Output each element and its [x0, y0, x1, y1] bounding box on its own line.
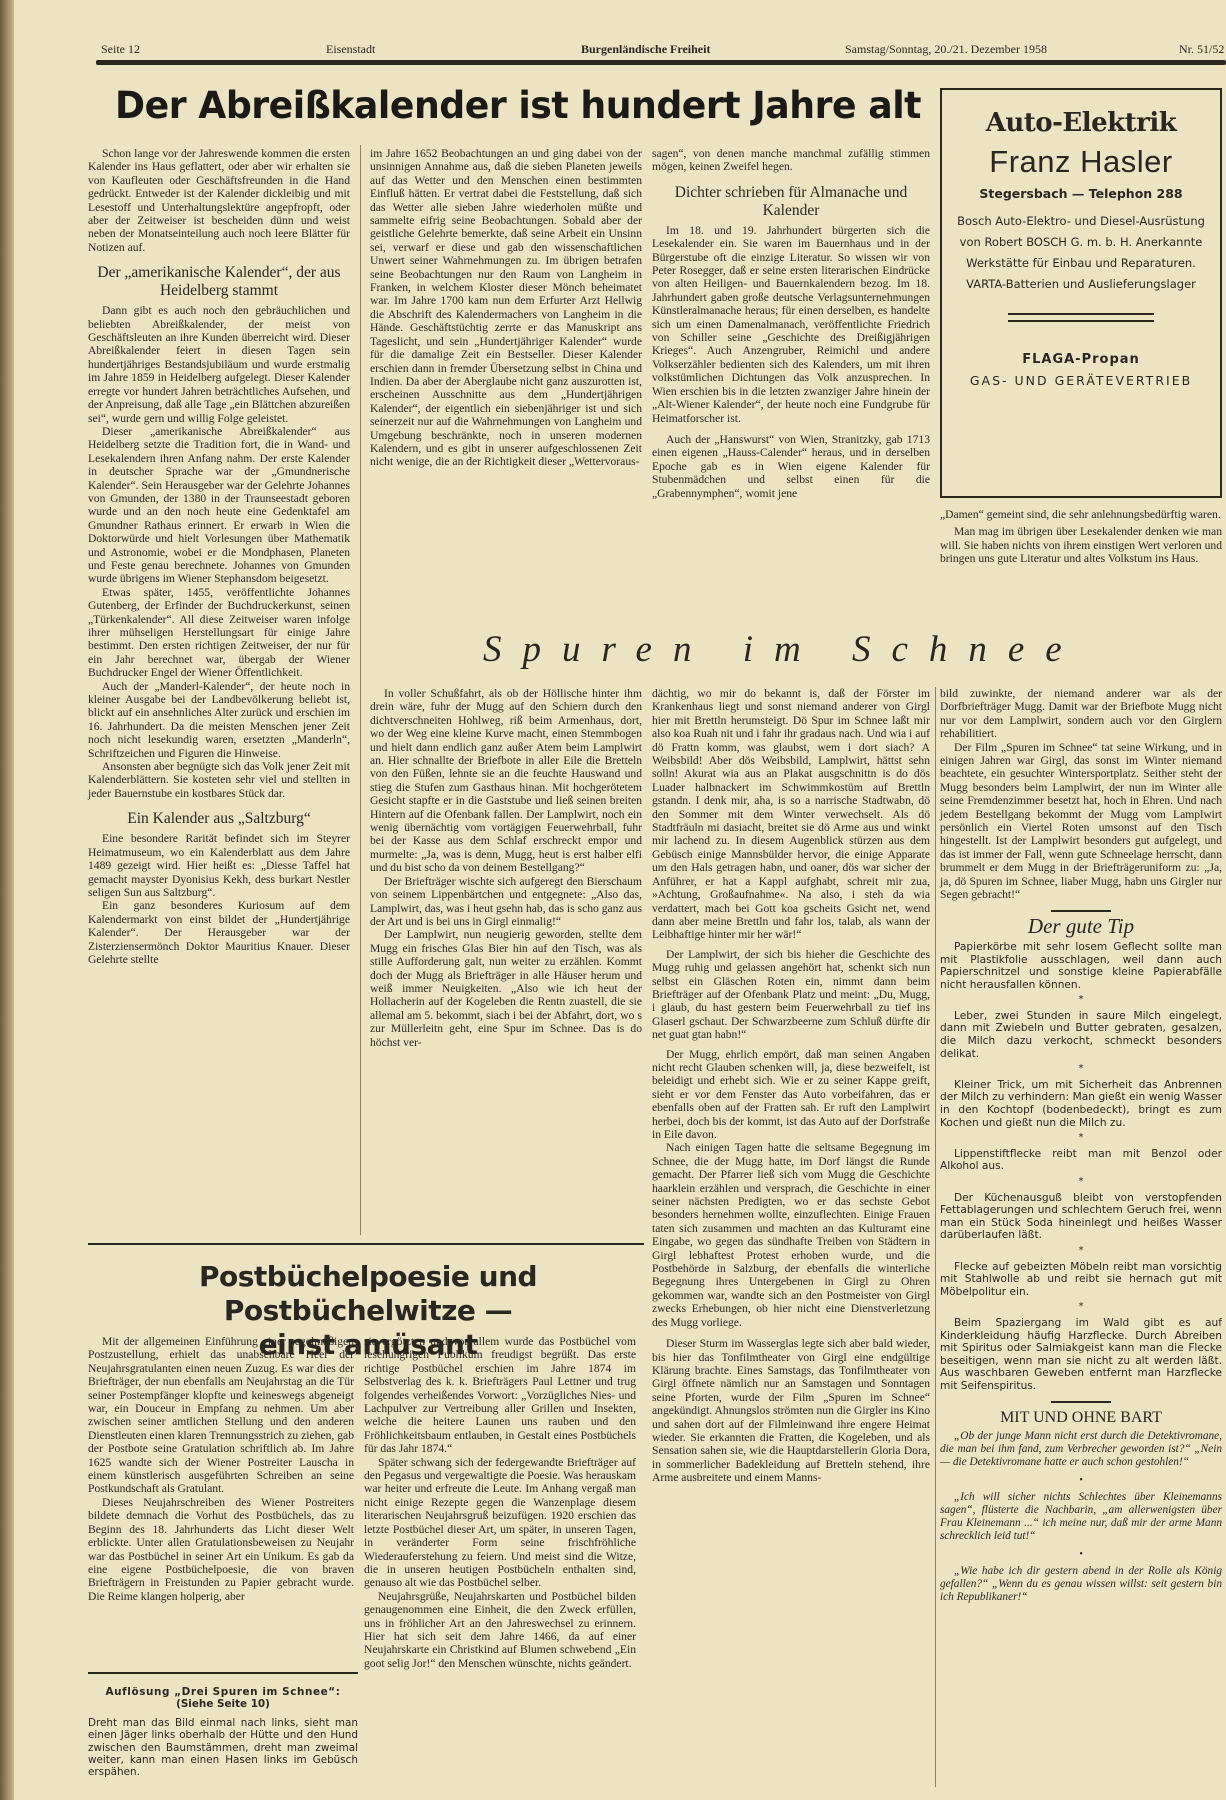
paragraph: Mit der allgemeinen Einführung einer reg…	[88, 1335, 354, 1496]
issue-date: Samstag/Sonntag, 20./21. Dezember 1958	[845, 42, 1047, 57]
joke-item: „Wie habe ich dir gestern abend in der R…	[940, 1565, 1222, 1605]
column-divider	[935, 687, 936, 1787]
paragraph: Eine besondere Rarität befindet sich im …	[88, 832, 350, 899]
ad-product: FLAGA-Propan	[942, 352, 1220, 367]
paragraph: Auch der „Hanswurst“ von Wien, Stranitzk…	[652, 433, 930, 500]
paragraph: Der Briefträger wischte sich aufgeregt d…	[370, 875, 642, 929]
separator-asterisk: *	[940, 994, 1222, 1007]
paragraph: dächtig, wo mir do bekannt is, daß der F…	[652, 687, 930, 942]
ad-description: Bosch Auto-Elektro- und Diesel-Ausrüstun…	[942, 211, 1220, 295]
separator-asterisk: *	[940, 1176, 1222, 1189]
paragraph: „Damen“ gemeint sind, die sehr anlehnung…	[940, 508, 1222, 521]
page-binding-edge	[0, 0, 14, 1800]
jokes-title: MIT UND OHNE BART	[940, 1411, 1222, 1424]
newspaper-page: Seite 12 Eisenstadt Burgenländische Frei…	[88, 0, 1226, 1800]
article2-column-2: dächtig, wo mir do bekannt is, daß der F…	[652, 687, 930, 1485]
separator-asterisk: *	[940, 1132, 1222, 1145]
paragraph: Auch der „Manderl-Kalender“, der heute n…	[88, 680, 350, 760]
paragraph: Später schwang sich der federgewandte Br…	[364, 1456, 636, 1590]
solution-title: Auflösung „Drei Spuren im Schnee“:	[88, 1686, 358, 1698]
paragraph: Der Mugg, ehrlich empört, daß man seinen…	[652, 1048, 930, 1142]
article1-column-3: sagen“, von denen manche manchmal zufäll…	[652, 147, 930, 500]
section-divider	[1051, 1401, 1111, 1403]
paragraph: bild zuwinkte, der niemand anderer war a…	[940, 687, 1222, 741]
ad-brand: Auto-Elektrik	[942, 108, 1220, 138]
tip-item: Papierkörbe mit sehr losem Geflecht soll…	[940, 941, 1222, 991]
masthead: Seite 12 Eisenstadt Burgenländische Frei…	[101, 42, 1226, 60]
ad-product-sub: GAS- UND GERÄTEVERTRIEB	[942, 373, 1220, 388]
paragraph: Etwas später, 1455, veröffentlichte Joha…	[88, 586, 350, 680]
section-divider	[1051, 910, 1111, 912]
ad-divider	[1008, 313, 1154, 322]
paragraph: Ein ganz besonderes Kuriosum auf dem Kal…	[88, 899, 350, 966]
ad-location-phone: Stegersbach — Telephon 288	[942, 186, 1220, 201]
solution-text: Dreht man das Bild einmal nach links, si…	[88, 1717, 358, 1779]
paragraph: Der Film „Spuren im Schnee“ tat seine Wi…	[940, 741, 1222, 902]
tips-list: Papierkörbe mit sehr losem Geflecht soll…	[940, 941, 1222, 1393]
paragraph: Nach einigen Tagen hatte die seltsame Be…	[652, 1141, 930, 1329]
paragraph: sie ergötzten und vor allem wurde das Po…	[364, 1335, 636, 1456]
paragraph: Dieser Sturm im Wasserglas legte sich ab…	[652, 1337, 930, 1484]
paragraph: sagen“, von denen manche manchmal zufäll…	[652, 147, 930, 174]
separator-dot: •	[940, 1474, 1222, 1487]
separator-asterisk: *	[940, 1301, 1222, 1314]
masthead-rule	[96, 60, 1226, 65]
paragraph: Man mag im übrigen über Lesekalender den…	[940, 525, 1222, 565]
headline-line-1: Postbüchelpoesie und Postbüchelwitze —	[88, 1260, 648, 1328]
subheading: Der „amerikanische Kalender“, der aus He…	[88, 264, 350, 300]
page-number: Seite 12	[101, 42, 140, 57]
separator-asterisk: *	[940, 1245, 1222, 1258]
puzzle-solution: Auflösung „Drei Spuren im Schnee“: (Sieh…	[88, 1680, 358, 1779]
joke-item: „Ob der junge Mann nicht erst durch die …	[940, 1430, 1222, 1470]
article3-column-1: Mit der allgemeinen Einführung einer reg…	[88, 1335, 354, 1603]
paragraph: im Jahre 1652 Beobachtungen an und ging …	[370, 147, 642, 469]
article2-column-1: In voller Schußfahrt, als ob der Höllisc…	[370, 687, 642, 1049]
article1-headline: Der Abreißkalender ist hundert Jahre alt	[97, 84, 940, 127]
paragraph: Im 18. und 19. Jahrhundert bürgerten sic…	[652, 224, 930, 425]
tip-item: Flecke auf gebeizten Möbeln reibt man vo…	[940, 1261, 1222, 1299]
subheading: Ein Kalender aus „Saltzburg“	[88, 810, 350, 828]
article2-headline: Spuren im Schnee	[483, 628, 1083, 671]
subheading: Dichter schrieben für Almanache und Kale…	[652, 184, 930, 220]
paragraph: Dann gibt es auch noch den gebräuchliche…	[88, 304, 350, 425]
joke-item: „Ich will sicher nichts Schlechtes über …	[940, 1491, 1222, 1544]
article1-column-1: Schon lange vor der Jahreswende kommen d…	[88, 147, 350, 966]
separator-dot: •	[940, 1548, 1222, 1561]
city: Eisenstadt	[326, 42, 375, 57]
tip-item: Leber, zwei Stunden in saure Milch einge…	[940, 1010, 1222, 1060]
tip-item: Beim Spaziergang im Wald gibt es auf Kin…	[940, 1317, 1222, 1393]
paragraph: Dieser „amerikanische Abreißkalender“ au…	[88, 425, 350, 586]
article1-column-2: im Jahre 1652 Beobachtungen an und ging …	[370, 147, 642, 469]
column-divider	[360, 145, 361, 1235]
section-rule	[88, 1243, 644, 1245]
paragraph: Der Lamplwirt, der sich bis hieher die G…	[652, 948, 930, 1042]
solution-reference: (Siehe Seite 10)	[88, 1698, 358, 1710]
paragraph: Schon lange vor der Jahreswende kommen d…	[88, 147, 350, 254]
newspaper-name: Burgenländische Freiheit	[581, 42, 710, 57]
article1-column-4: „Damen“ gemeint sind, die sehr anlehnung…	[940, 508, 1222, 566]
separator-asterisk: *	[940, 1063, 1222, 1076]
tip-item: Der Küchenausguß bleibt von verstopfende…	[940, 1192, 1222, 1242]
tip-item: Lippenstiftflecke reibt man mit Benzol o…	[940, 1148, 1222, 1173]
issue-number: Nr. 51/52	[1179, 42, 1224, 57]
right-column: bild zuwinkte, der niemand anderer war a…	[940, 687, 1222, 1604]
article3-column-2: sie ergötzten und vor allem wurde das Po…	[364, 1335, 636, 1670]
tip-item: Kleiner Trick, um mit Sicherheit das Anb…	[940, 1079, 1222, 1129]
ad-company-name: Franz Hasler	[942, 144, 1220, 180]
paragraph: In voller Schußfahrt, als ob der Höllisc…	[370, 687, 642, 875]
jokes-list: „Ob der junge Mann nicht erst durch die …	[940, 1430, 1222, 1604]
tips-title: Der gute Tip	[940, 920, 1222, 933]
section-rule	[88, 1672, 358, 1674]
paragraph: Dieses Neujahrschreiben des Wiener Postr…	[88, 1496, 354, 1603]
advertisement-box: Auto-Elektrik Franz Hasler Stegersbach —…	[940, 88, 1222, 498]
paragraph: Der Lamplwirt, nun neugierig geworden, s…	[370, 928, 642, 1049]
paragraph: Neujahrsgrüße, Neujahrskarten und Postbü…	[364, 1590, 636, 1670]
paragraph: Ansonsten aber begnügte sich das Volk je…	[88, 760, 350, 800]
